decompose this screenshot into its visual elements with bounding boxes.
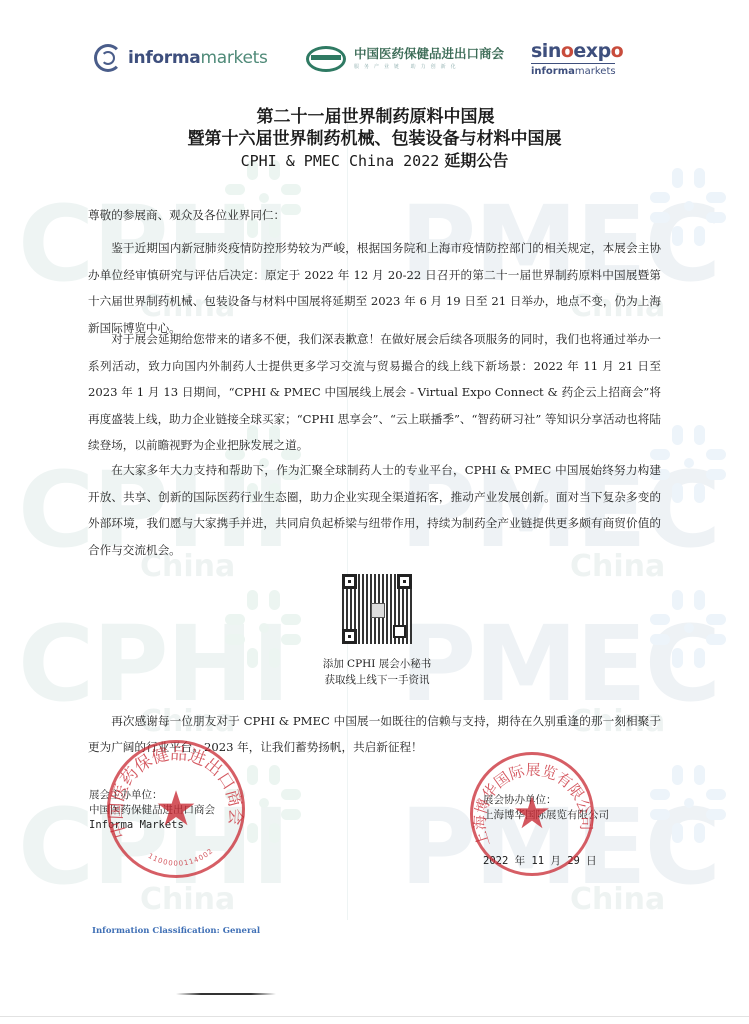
title-line-2: 暨第十六届世界制药机械、包装设备与材料中国展 — [0, 128, 749, 150]
paragraph-platform: 在大家多年大力支持和帮助下，作为汇聚全球制药人士的专业平台，CPHI & PME… — [88, 457, 661, 563]
qr-caption-line-2: 获取线上线下一手资讯 — [312, 672, 442, 688]
watermark-dots-icon — [650, 168, 730, 248]
watermark-dots-icon — [225, 590, 305, 670]
qr-alignment-icon — [393, 625, 406, 638]
cccmhpie-slogan: 服务产业链 助力创新化 — [354, 63, 504, 70]
watermark-cphi: CPHI — [18, 612, 288, 716]
information-classification: Information Classification: General — [92, 926, 260, 936]
informa-markets-logo: informamarkets — [94, 44, 268, 72]
salutation: 尊敬的参展商、观众及各位业界同仁： — [88, 202, 661, 229]
title-line-3: CPHI & PMEC China 2022 延期公告 — [0, 150, 749, 172]
cccmhpie-logo: 中国医药保健品进出口商会 服务产业链 助力创新化 — [306, 46, 504, 72]
title-line-3-zh: 延期公告 — [444, 151, 508, 170]
watermark-dots-icon — [650, 765, 730, 845]
svg-text:1100000114002: 1100000114002 — [147, 847, 215, 868]
qr-section: 添加 CPHI 展会小秘书 获取线上线下一手资讯 — [332, 574, 422, 688]
title-line-1: 第二十一届世界制药原料中国展 — [0, 106, 749, 128]
informa-logo-bold: informa — [128, 48, 200, 68]
qr-finder-icon — [397, 574, 412, 589]
qr-finder-icon — [342, 574, 357, 589]
wechat-qr-code[interactable] — [342, 574, 412, 644]
watermark-china: China — [570, 885, 665, 915]
sinoexpo-informa-light: markets — [575, 66, 616, 77]
cccmhpie-badge-icon — [306, 46, 346, 72]
sinoexpo-o-icon: o — [611, 40, 624, 62]
qr-avatar-icon — [371, 603, 385, 618]
co-organizer-seal: 上海博华国际展览有限公司 ★ — [470, 752, 594, 876]
cccmhpie-name: 中国医药保健品进出口商会 — [354, 48, 504, 61]
seal-star-icon: ★ — [154, 785, 197, 833]
paragraph-apology-online-events: 对于展会延期给您带来的诸多不便，我们深表歉意！在做好展会后续各项服务的同时，我们… — [88, 326, 661, 459]
page-bottom-rule — [0, 1016, 749, 1017]
watermark-dots-icon — [650, 590, 730, 670]
informa-ring-icon — [94, 44, 122, 72]
title-line-3-en: CPHI & PMEC China 2022 — [241, 152, 440, 170]
qr-finder-icon — [342, 629, 357, 644]
sinoexpo-o-icon: o — [561, 40, 574, 62]
sinoexpo-logo: sinoexpo informamarkets — [531, 42, 623, 77]
sinoexpo-informa-bold: informa — [531, 66, 575, 77]
seal-left-number: 1100000114002 — [147, 847, 215, 868]
informa-logo-light: markets — [200, 48, 267, 68]
announcement-title: 第二十一届世界制药原料中国展 暨第十六届世界制药机械、包装设备与材料中国展 CP… — [0, 106, 749, 172]
watermark-china: China — [140, 885, 235, 915]
footer-divider — [176, 993, 276, 995]
header-logos: informamarkets 中国医药保健品进出口商会 服务产业链 助力创新化 … — [0, 40, 749, 85]
sinoexpo-text: exp — [573, 40, 610, 62]
sinoexpo-text: sin — [531, 40, 561, 62]
watermark-dots-icon — [650, 425, 730, 505]
qr-caption-line-1: 添加 CPHI 展会小秘书 — [312, 656, 442, 672]
watermark-pmec: PMEC — [400, 612, 719, 716]
seal-star-icon: ★ — [512, 792, 551, 836]
organizer-seal: 中国医药保健品进出口商会 1100000114002 ★ — [107, 740, 245, 878]
sinoexpo-divider — [531, 63, 615, 64]
